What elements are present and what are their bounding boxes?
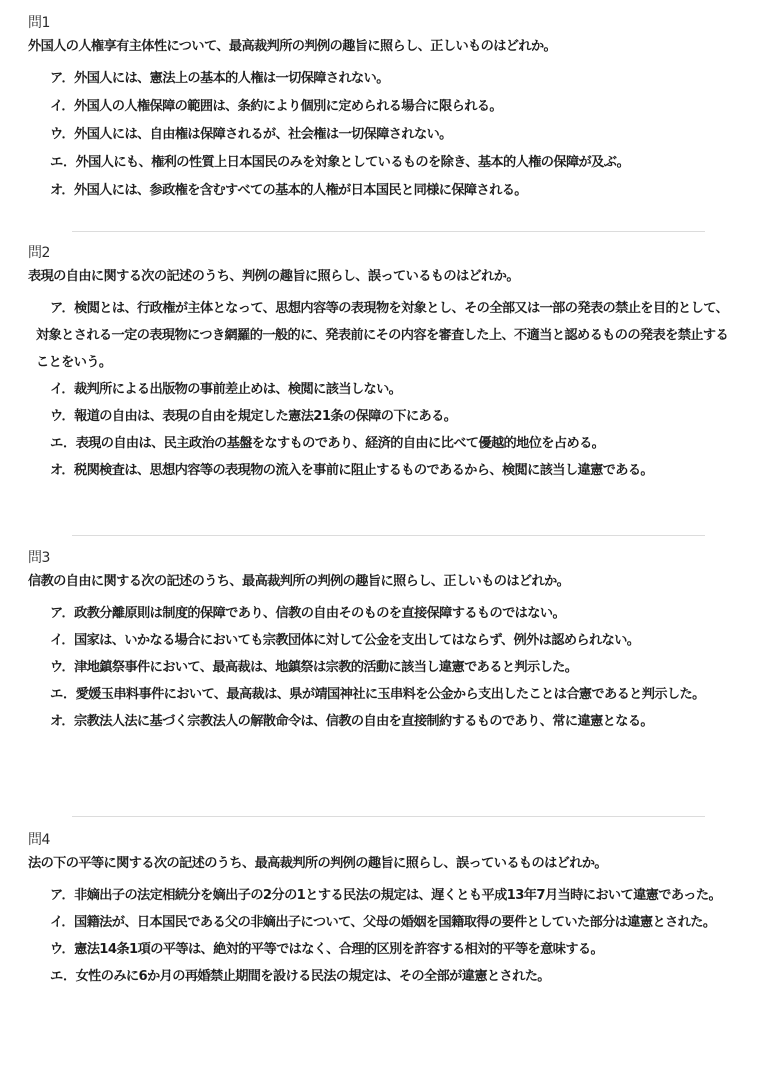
section-divider <box>72 816 705 817</box>
option-e[interactable]: エ．表現の自由は、民主政治の基盤をなすものであり、経済的自由に比べて優越的地位を… <box>28 430 732 457</box>
option-a[interactable]: ア．外国人には、憲法上の基本的人権は一切保障されない。 <box>28 65 629 93</box>
option-u[interactable]: ウ．津地鎮祭事件において、最高裁は、地鎮祭は宗教的活動に該当し違憲であると判示し… <box>28 654 732 681</box>
option-list: ア．検閲とは、行政権が主体となって、思想内容等の表現物を対象とし、その全部又は一… <box>28 295 732 484</box>
question-4: 問4 法の下の平等に関する次の記述のうち、最高裁判所の判例の趣旨に照らし、誤って… <box>0 830 772 990</box>
question-heading: 問2 <box>28 243 732 263</box>
option-i[interactable]: イ．裁判所による出版物の事前差止めは、検閲に該当しない。 <box>28 376 732 403</box>
option-list: ア．政教分離原則は制度的保障であり、信教の自由そのものを直接保障するものではない… <box>28 600 732 735</box>
option-o[interactable]: オ．外国人には、参政権を含むすべての基本的人権が日本国民と同様に保障される。 <box>28 177 629 205</box>
option-list: ア．非嫡出子の法定相続分を嫡出子の2分の1とする民法の規定は、遅くとも平成13年… <box>28 882 732 990</box>
question-heading: 問4 <box>28 830 732 850</box>
option-a[interactable]: ア．検閲とは、行政権が主体となって、思想内容等の表現物を対象とし、その全部又は一… <box>28 295 732 376</box>
question-prompt: 表現の自由に関する次の記述のうち、判例の趣旨に照らし、誤っているものはどれか。 <box>28 267 732 287</box>
option-o[interactable]: オ．税関検査は、思想内容等の表現物の流入を事前に阻止するものであるから、検閲に該… <box>28 457 732 484</box>
section-divider <box>72 535 705 536</box>
question-2: 問2 表現の自由に関する次の記述のうち、判例の趣旨に照らし、誤っているものはどれ… <box>0 243 772 484</box>
section-divider <box>72 231 705 232</box>
question-1: 問1 外国人の人権享有主体性について、最高裁判所の判例の趣旨に照らし、正しいもの… <box>0 13 669 205</box>
option-list: ア．外国人には、憲法上の基本的人権は一切保障されない。 イ．外国人の人権保障の範… <box>28 65 629 205</box>
option-e[interactable]: エ．愛媛玉串料事件において、最高裁は、県が靖国神社に玉串料を公金から支出したこと… <box>28 681 732 708</box>
option-e[interactable]: エ．外国人にも、権利の性質上日本国民のみを対象としているものを除き、基本的人権の… <box>28 149 629 177</box>
option-u[interactable]: ウ．外国人には、自由権は保障されるが、社会権は一切保障されない。 <box>28 121 629 149</box>
question-prompt: 外国人の人権享有主体性について、最高裁判所の判例の趣旨に照らし、正しいものはどれ… <box>28 37 629 57</box>
option-a[interactable]: ア．非嫡出子の法定相続分を嫡出子の2分の1とする民法の規定は、遅くとも平成13年… <box>28 882 732 909</box>
option-o[interactable]: オ．宗教法人法に基づく宗教法人の解散命令は、信教の自由を直接制約するものであり、… <box>28 708 732 735</box>
option-i[interactable]: イ．国籍法が、日本国民である父の非嫡出子について、父母の婚姻を国籍取得の要件とし… <box>28 909 732 936</box>
option-a[interactable]: ア．政教分離原則は制度的保障であり、信教の自由そのものを直接保障するものではない… <box>28 600 732 627</box>
option-u[interactable]: ウ．憲法14条1項の平等は、絶対的平等ではなく、合理的区別を許容する相対的平等を… <box>28 936 732 963</box>
question-3: 問3 信教の自由に関する次の記述のうち、最高裁判所の判例の趣旨に照らし、正しいも… <box>0 548 772 735</box>
question-heading: 問1 <box>28 13 629 33</box>
question-prompt: 信教の自由に関する次の記述のうち、最高裁判所の判例の趣旨に照らし、正しいものはど… <box>28 572 732 592</box>
option-e[interactable]: エ．女性のみに6か月の再婚禁止期間を設ける民法の規定は、その全部が違憲とされた。 <box>28 963 732 990</box>
question-prompt: 法の下の平等に関する次の記述のうち、最高裁判所の判例の趣旨に照らし、誤っているも… <box>28 854 732 874</box>
question-heading: 問3 <box>28 548 732 568</box>
option-i[interactable]: イ．国家は、いかなる場合においても宗教団体に対して公金を支出してはならず、例外は… <box>28 627 732 654</box>
option-i[interactable]: イ．外国人の人権保障の範囲は、条約により個別に定められる場合に限られる。 <box>28 93 629 121</box>
option-u[interactable]: ウ．報道の自由は、表現の自由を規定した憲法21条の保障の下にある。 <box>28 403 732 430</box>
